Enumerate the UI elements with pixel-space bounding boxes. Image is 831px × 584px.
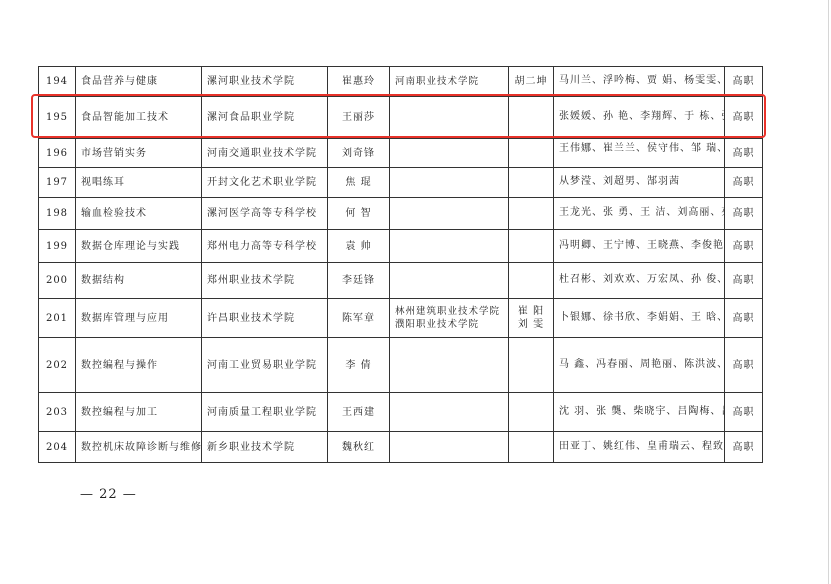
co-leaders [509, 168, 554, 198]
course-name: 食品智能加工技术 [76, 97, 202, 139]
co-leaders [509, 432, 554, 463]
co-school: 河南职业技术学院 [395, 75, 503, 88]
school-name: 郑州电力高等专科学校 [202, 230, 328, 263]
course-leader: 李廷锋 [328, 263, 390, 299]
co-leaders [509, 139, 554, 168]
row-number: 197 [39, 168, 76, 198]
education-level: 高职 [725, 67, 763, 97]
course-name: 市场营销实务 [76, 139, 202, 168]
co-leaders: 胡二坤 [509, 67, 554, 97]
course-name: 输血检验技术 [76, 198, 202, 230]
course-roster-table: 194食品营养与健康漯河职业技术学院崔惠玲河南职业技术学院胡二坤马川兰、浮吟梅、… [38, 66, 763, 463]
co-schools [390, 338, 509, 393]
co-schools [390, 432, 509, 463]
co-leader: 胡二坤 [514, 75, 548, 88]
team-members: 冯明卿、王宁博、王晓燕、李俊艳、王 楠、李亚栋 [554, 230, 725, 263]
row-number: 204 [39, 432, 76, 463]
course-name: 食品营养与健康 [76, 67, 202, 97]
co-schools: 河南职业技术学院 [390, 67, 509, 97]
course-leader: 王西建 [328, 393, 390, 432]
co-leaders [509, 338, 554, 393]
team-members-text: 冯明卿、王宁博、王晓燕、李俊艳、王 楠、李亚栋 [559, 240, 719, 253]
school-name: 漯河职业技术学院 [202, 67, 328, 97]
course-leader: 崔惠玲 [328, 67, 390, 97]
co-schools [390, 198, 509, 230]
team-members-text: 王伟娜、崔兰兰、侯守伟、邹 瑞、王馨艺、范虎城、郭梁栋、汪智玉 [559, 143, 719, 156]
co-leaders [509, 230, 554, 263]
table-row: 203数控编程与加工河南质量工程职业学院王西建沈 羽、张 龑、柴晓宇、吕陶梅、吕… [39, 393, 763, 432]
education-level: 高职 [725, 230, 763, 263]
table-row: 194食品营养与健康漯河职业技术学院崔惠玲河南职业技术学院胡二坤马川兰、浮吟梅、… [39, 67, 763, 97]
team-members: 卜银娜、徐书欣、李娟娟、王 晗、李 奥、孔小婧、王清杰、李 潇、王永乐、程红亮、… [554, 299, 725, 338]
table-row: 196市场营销实务河南交通职业技术学院刘奇锋王伟娜、崔兰兰、侯守伟、邹 瑞、王馨… [39, 139, 763, 168]
page-number: — 22 — [80, 487, 137, 502]
row-number: 202 [39, 338, 76, 393]
co-leader: 刘 雯 [514, 318, 548, 331]
course-leader: 陈军章 [328, 299, 390, 338]
co-leader: 崔 阳 [514, 305, 548, 318]
school-name: 许昌职业技术学院 [202, 299, 328, 338]
team-members-text: 卜银娜、徐书欣、李娟娟、王 晗、李 奥、孔小婧、王清杰、李 潇、王永乐、程红亮、… [559, 312, 719, 325]
row-number: 200 [39, 263, 76, 299]
team-members: 王龙光、张 勇、王 洁、刘高丽、苑 艺、李琀瑜、于 萌、马 涛、谷存国 [554, 198, 725, 230]
co-leaders [509, 393, 554, 432]
co-leaders [509, 263, 554, 299]
co-schools [390, 230, 509, 263]
co-schools [390, 168, 509, 198]
row-number: 201 [39, 299, 76, 338]
education-level: 高职 [725, 263, 763, 299]
row-number: 199 [39, 230, 76, 263]
course-leader: 王丽莎 [328, 97, 390, 139]
team-members-text: 从梦滢、刘超男、郜羽茜 [559, 176, 719, 189]
course-name: 视唱练耳 [76, 168, 202, 198]
co-school: 濮阳职业技术学院 [395, 318, 503, 331]
education-level: 高职 [725, 97, 763, 139]
course-leader: 魏秋红 [328, 432, 390, 463]
education-level: 高职 [725, 139, 763, 168]
team-members-text: 马 鑫、冯春丽、周艳丽、陈洪波、苏 齐、杨 光、侯远韶、党 霞、卢振江、王 弘、… [559, 359, 719, 372]
course-leader: 刘奇锋 [328, 139, 390, 168]
team-members: 马川兰、浮吟梅、贾 娟、杨雯雯、郭志芳、王润博、李亚欣 [554, 67, 725, 97]
co-leaders: 崔 阳刘 雯 [509, 299, 554, 338]
team-members: 张媛媛、孙 艳、李翔辉、于 栋、张小芳、李紫艳、孟 楠、岳燕霞、刘灵芝、曹艳华、… [554, 97, 725, 139]
education-level: 高职 [725, 299, 763, 338]
table-row: 201数据库管理与应用许昌职业技术学院陈军章林州建筑职业技术学院濮阳职业技术学院… [39, 299, 763, 338]
team-members-text: 田亚丁、姚红伟、皇甫瑞云、程致梁、李 艳、孔令燕、盛艳君、魏朝斌 [559, 441, 719, 454]
school-name: 新乡职业技术学院 [202, 432, 328, 463]
school-name: 开封文化艺术职业学院 [202, 168, 328, 198]
table-row: 198输血检验技术漯河医学高等专科学校何 智王龙光、张 勇、王 洁、刘高丽、苑 … [39, 198, 763, 230]
school-name: 河南交通职业技术学院 [202, 139, 328, 168]
co-schools [390, 263, 509, 299]
course-leader: 李 倩 [328, 338, 390, 393]
table-row: 204数控机床故障诊断与维修新乡职业技术学院魏秋红田亚丁、姚红伟、皇甫瑞云、程致… [39, 432, 763, 463]
co-schools [390, 393, 509, 432]
team-members-text: 沈 羽、张 龑、柴晓宇、吕陶梅、吕东伟、宋亚飞、秦镇坤 [559, 406, 719, 419]
team-members-text: 杜召彬、刘欢欢、万宏凤、孙 俊、张 琦、赵玉芹、鹿艳晶、祁新安、刘克祥 [559, 274, 719, 287]
row-number: 195 [39, 97, 76, 139]
table-row: 199数据仓库理论与实践郑州电力高等专科学校袁 帅冯明卿、王宁博、王晓燕、李俊艳… [39, 230, 763, 263]
row-number: 196 [39, 139, 76, 168]
education-level: 高职 [725, 338, 763, 393]
school-name: 漯河食品职业学院 [202, 97, 328, 139]
table-row: 197视唱练耳开封文化艺术职业学院焦 琨从梦滢、刘超男、郜羽茜高职 [39, 168, 763, 198]
education-level: 高职 [725, 198, 763, 230]
table-row: 200数据结构郑州职业技术学院李廷锋杜召彬、刘欢欢、万宏凤、孙 俊、张 琦、赵玉… [39, 263, 763, 299]
team-members: 马 鑫、冯春丽、周艳丽、陈洪波、苏 齐、杨 光、侯远韶、党 霞、卢振江、王 弘、… [554, 338, 725, 393]
table-row: 195食品智能加工技术漯河食品职业学院王丽莎张媛媛、孙 艳、李翔辉、于 栋、张小… [39, 97, 763, 139]
co-schools [390, 97, 509, 139]
co-school: 林州建筑职业技术学院 [395, 305, 503, 318]
row-number: 194 [39, 67, 76, 97]
course-name: 数控机床故障诊断与维修 [76, 432, 202, 463]
education-level: 高职 [725, 168, 763, 198]
school-name: 郑州职业技术学院 [202, 263, 328, 299]
course-name: 数控编程与操作 [76, 338, 202, 393]
team-members-text: 马川兰、浮吟梅、贾 娟、杨雯雯、郭志芳、王润博、李亚欣 [559, 75, 719, 88]
co-schools: 林州建筑职业技术学院濮阳职业技术学院 [390, 299, 509, 338]
team-members-text: 王龙光、张 勇、王 洁、刘高丽、苑 艺、李琀瑜、于 萌、马 涛、谷存国 [559, 207, 719, 220]
course-name: 数据仓库理论与实践 [76, 230, 202, 263]
course-name: 数据库管理与应用 [76, 299, 202, 338]
row-number: 203 [39, 393, 76, 432]
team-members: 田亚丁、姚红伟、皇甫瑞云、程致梁、李 艳、孔令燕、盛艳君、魏朝斌 [554, 432, 725, 463]
co-schools [390, 139, 509, 168]
school-name: 河南质量工程职业学院 [202, 393, 328, 432]
course-name: 数控编程与加工 [76, 393, 202, 432]
team-members: 沈 羽、张 龑、柴晓宇、吕陶梅、吕东伟、宋亚飞、秦镇坤 [554, 393, 725, 432]
team-members-text: 张媛媛、孙 艳、李翔辉、于 栋、张小芳、李紫艳、孟 楠、岳燕霞、刘灵芝、曹艳华、… [559, 111, 719, 124]
education-level: 高职 [725, 393, 763, 432]
course-leader: 袁 帅 [328, 230, 390, 263]
team-members: 王伟娜、崔兰兰、侯守伟、邹 瑞、王馨艺、范虎城、郭梁栋、汪智玉 [554, 139, 725, 168]
co-leaders [509, 198, 554, 230]
course-name: 数据结构 [76, 263, 202, 299]
course-leader: 何 智 [328, 198, 390, 230]
co-leaders [509, 97, 554, 139]
education-level: 高职 [725, 432, 763, 463]
table-row: 202数控编程与操作河南工业贸易职业学院李 倩马 鑫、冯春丽、周艳丽、陈洪波、苏… [39, 338, 763, 393]
page-edge [828, 0, 829, 584]
team-members: 从梦滢、刘超男、郜羽茜 [554, 168, 725, 198]
team-members: 杜召彬、刘欢欢、万宏凤、孙 俊、张 琦、赵玉芹、鹿艳晶、祁新安、刘克祥 [554, 263, 725, 299]
row-number: 198 [39, 198, 76, 230]
course-leader: 焦 琨 [328, 168, 390, 198]
school-name: 漯河医学高等专科学校 [202, 198, 328, 230]
school-name: 河南工业贸易职业学院 [202, 338, 328, 393]
